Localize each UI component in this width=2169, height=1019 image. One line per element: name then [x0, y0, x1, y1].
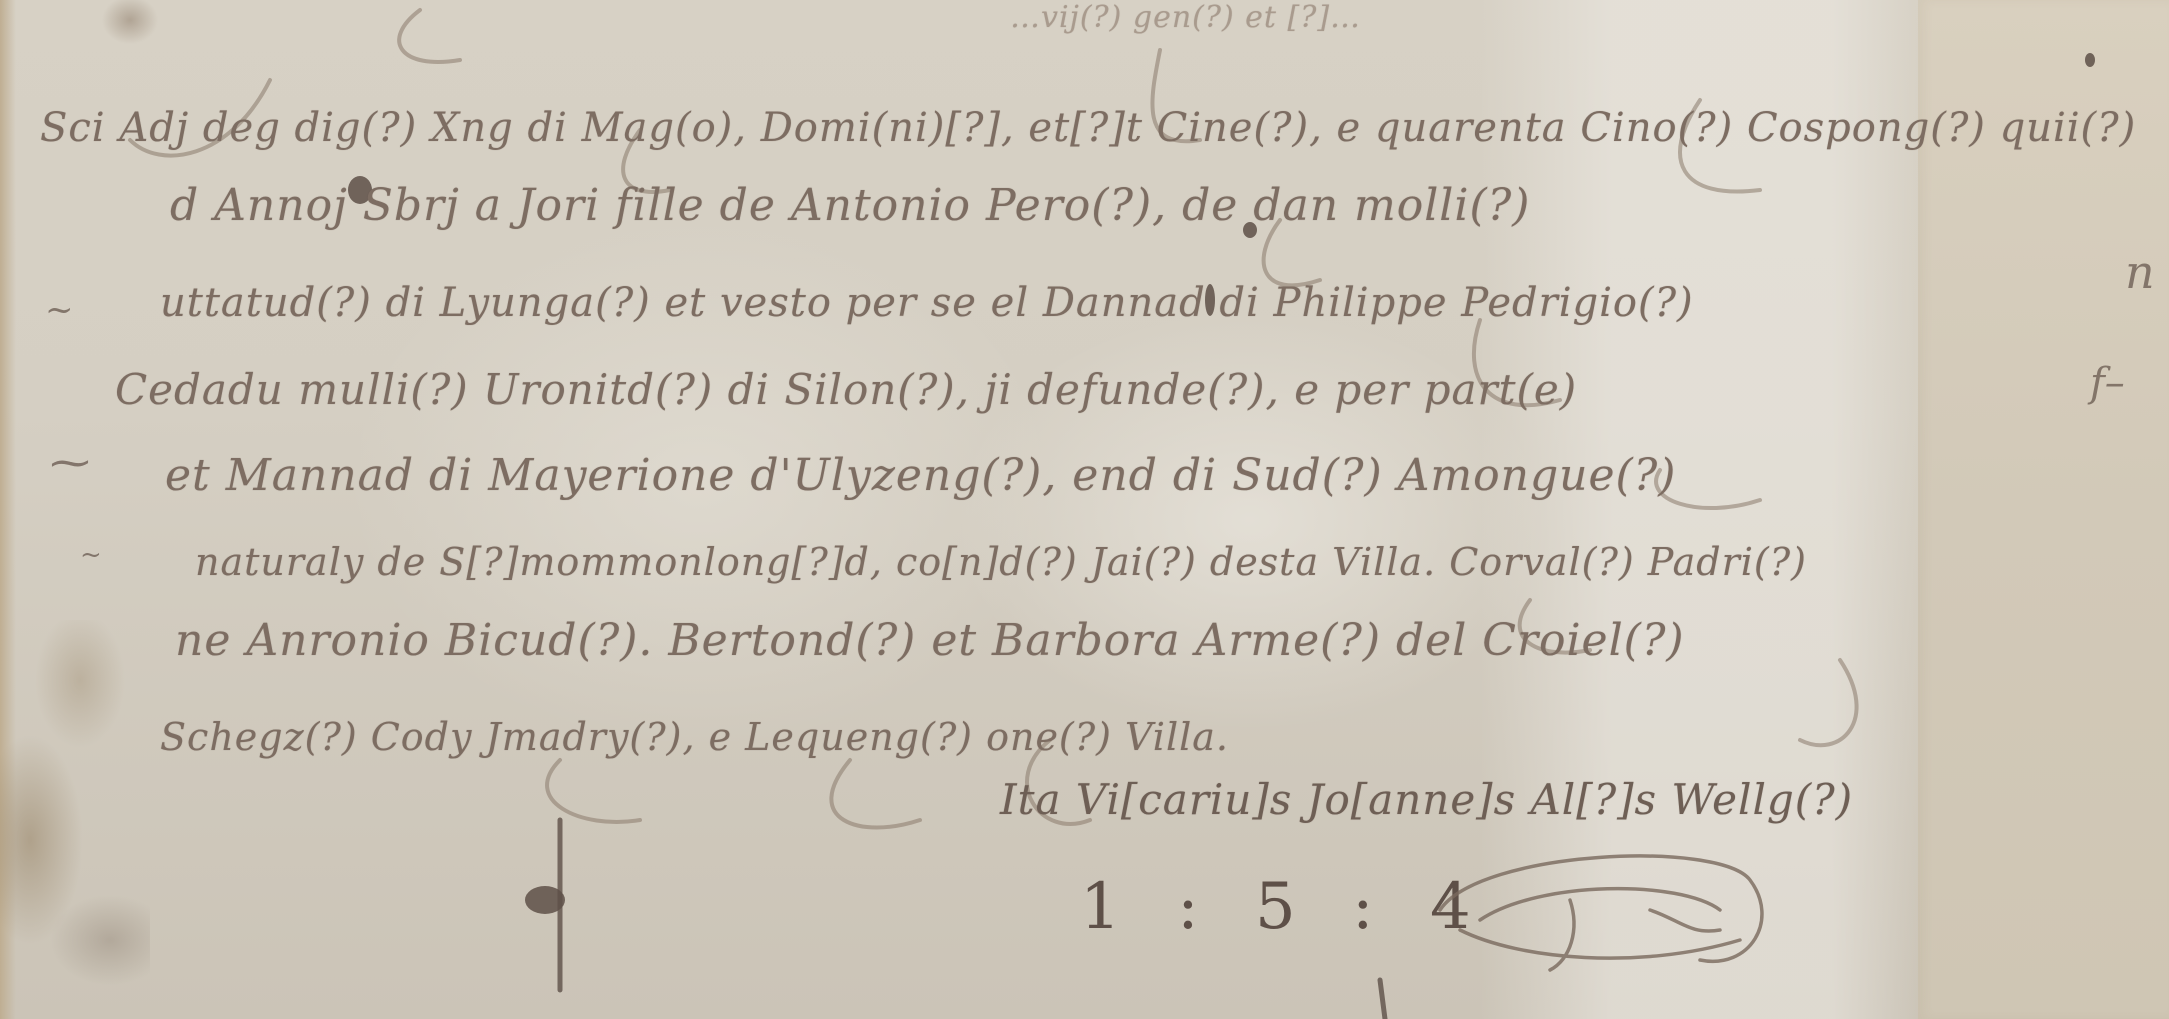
margin-mark-left-1: ~	[45, 290, 74, 330]
margin-mark-left-2: ⁓	[50, 440, 90, 486]
header-fragment: …vij(?) gen(?) et [?]…	[1010, 0, 1361, 35]
text-line-8: Schegz(?) Cody Jmadry(?), e Lequeng(?) o…	[160, 715, 1229, 759]
text-line-3: uttatud(?) di Lyunga(?) et vesto per se …	[160, 280, 1694, 326]
text-line-2: d Annoj Sbrj a Jori fille de Antonio Per…	[170, 180, 1530, 231]
text-line-1: Sci Adj deg dig(?) Xng di Mag(o), Domi(n…	[40, 105, 2136, 151]
text-line-4: Cedadu mulli(?) Uronitd(?) di Silon(?), …	[115, 365, 1577, 414]
margin-mark-right-2: f–	[2090, 360, 2125, 406]
signature-line: Ita Vi[cariu]s Jo[anne]s Al[?]s Wellg(?)	[1000, 775, 1853, 824]
text-line-7: ne Anronio Bicud(?). Bertond(?) et Barbo…	[175, 615, 1685, 666]
text-line-5: et Mannad di Mayerione d'Ulyzeng(?), end…	[165, 450, 1676, 501]
manuscript-page: …vij(?) gen(?) et [?]… Sci Adj deg dig(?…	[0, 0, 2169, 1019]
decorative-strokes	[0, 0, 2169, 1019]
rubric-flourish-icon	[1420, 840, 1840, 980]
text-line-6: naturaly de S[?]mommonlong[?]d, co[n]d(?…	[195, 540, 1807, 584]
margin-mark-left-3: ~	[80, 540, 102, 570]
margin-mark-right-1: n	[2125, 245, 2155, 299]
